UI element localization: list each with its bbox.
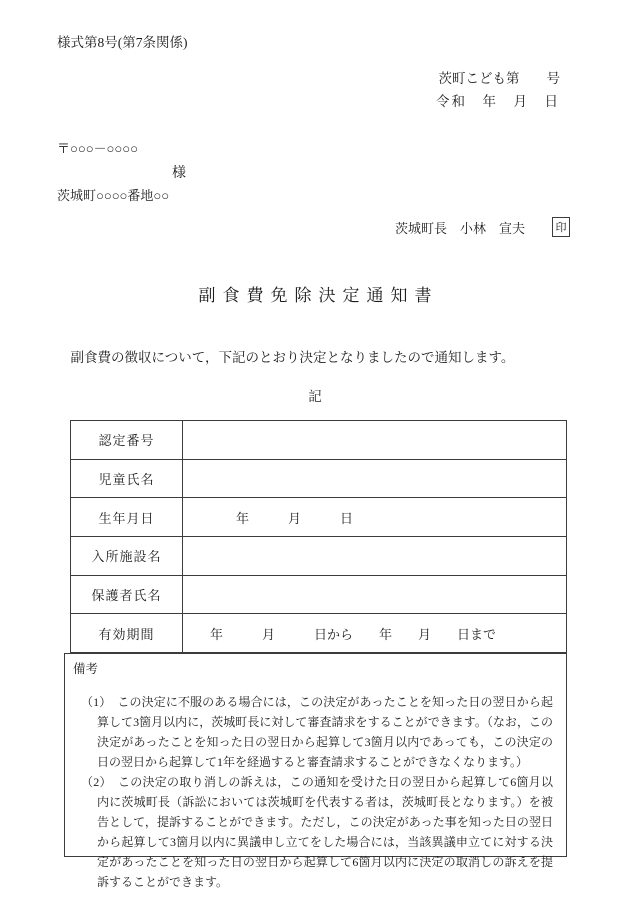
notice-document: 様式第8号(第7条関係) 茨町こども第 号 令和 年 月 日 〒○○○－○○○○… [0, 0, 630, 903]
remark-text: この決定に不服のある場合には，この決定があったことを知った日の翌日から起算して3… [97, 695, 553, 769]
page-title: 副食費免除決定通知書 [0, 281, 630, 306]
row-value-child-name [183, 460, 566, 498]
postal-code: 〒○○○－○○○○ [57, 141, 169, 157]
table-row: 保護者氏名 [71, 576, 566, 615]
remark-item-2: （2） この決定の取り消しの訴えは，この通知を受けた日の翌日から起算して6箇月以… [73, 772, 553, 892]
row-label-certification-number: 認定番号 [71, 421, 183, 459]
notification-body: 副食費の徴収について，下記のとおり決定となりましたので通知します。 [57, 346, 514, 366]
table-row: 認定番号 [71, 421, 566, 460]
row-label-facility-name: 入所施設名 [71, 537, 183, 575]
row-value-guardian-name [183, 576, 566, 614]
row-label-guardian-name: 保護者氏名 [71, 576, 183, 614]
row-value-validity-period: 年 月 日から 年 月 日まで [183, 614, 566, 652]
remark-text: この決定の取り消しの訴えは，この通知を受けた日の翌日から起算して6箇月以内に茨城… [97, 775, 553, 889]
row-value-birth-date: 年 月 日 [183, 498, 566, 536]
record-marker: 記 [0, 385, 630, 405]
remarks-section: 備考 （1） この決定に不服のある場合には，この決定があったことを知った日の翌日… [64, 653, 567, 857]
row-value-certification-number [183, 421, 566, 459]
form-number: 様式第8号(第7条関係) [57, 31, 188, 51]
recipient-address-block: 〒○○○－○○○○ 茨城町○○○○番地○○ [57, 110, 169, 234]
remark-item-1: （1） この決定に不服のある場合には，この決定があったことを知った日の翌日から起… [73, 692, 553, 772]
table-row: 入所施設名 [71, 537, 566, 576]
row-label-birth-date: 生年月日 [71, 498, 183, 536]
addressee-honorific: 様 [172, 162, 186, 182]
remark-number: （2） [81, 775, 118, 789]
remarks-heading: 備考 [73, 659, 553, 677]
remarks-list: （1） この決定に不服のある場合には，この決定があったことを知った日の翌日から起… [73, 692, 553, 892]
row-label-child-name: 児童氏名 [71, 460, 183, 498]
document-meta: 茨町こども第 号 令和 年 月 日 [436, 67, 560, 113]
address-line: 茨城町○○○○番地○○ [57, 188, 169, 204]
seal-label: 印 [556, 219, 567, 235]
decision-info-table: 認定番号 児童氏名 生年月日 年 月 日 入所施設名 保護者氏名 有効期間 年 … [70, 420, 567, 653]
issuer-signature-row: 茨城町長 小林 宣夫 印 [395, 217, 570, 237]
document-date: 令和 年 月 日 [436, 90, 560, 113]
row-label-validity-period: 有効期間 [71, 614, 183, 652]
table-row: 生年月日 年 月 日 [71, 498, 566, 537]
remark-number: （1） [81, 695, 117, 709]
table-row: 有効期間 年 月 日から 年 月 日まで [71, 614, 566, 652]
document-number: 茨町こども第 号 [436, 67, 560, 90]
issuer-name: 茨城町長 小林 宣夫 [395, 218, 525, 237]
row-value-facility-name [183, 537, 566, 575]
seal-mark: 印 [552, 217, 570, 237]
table-row: 児童氏名 [71, 460, 566, 499]
